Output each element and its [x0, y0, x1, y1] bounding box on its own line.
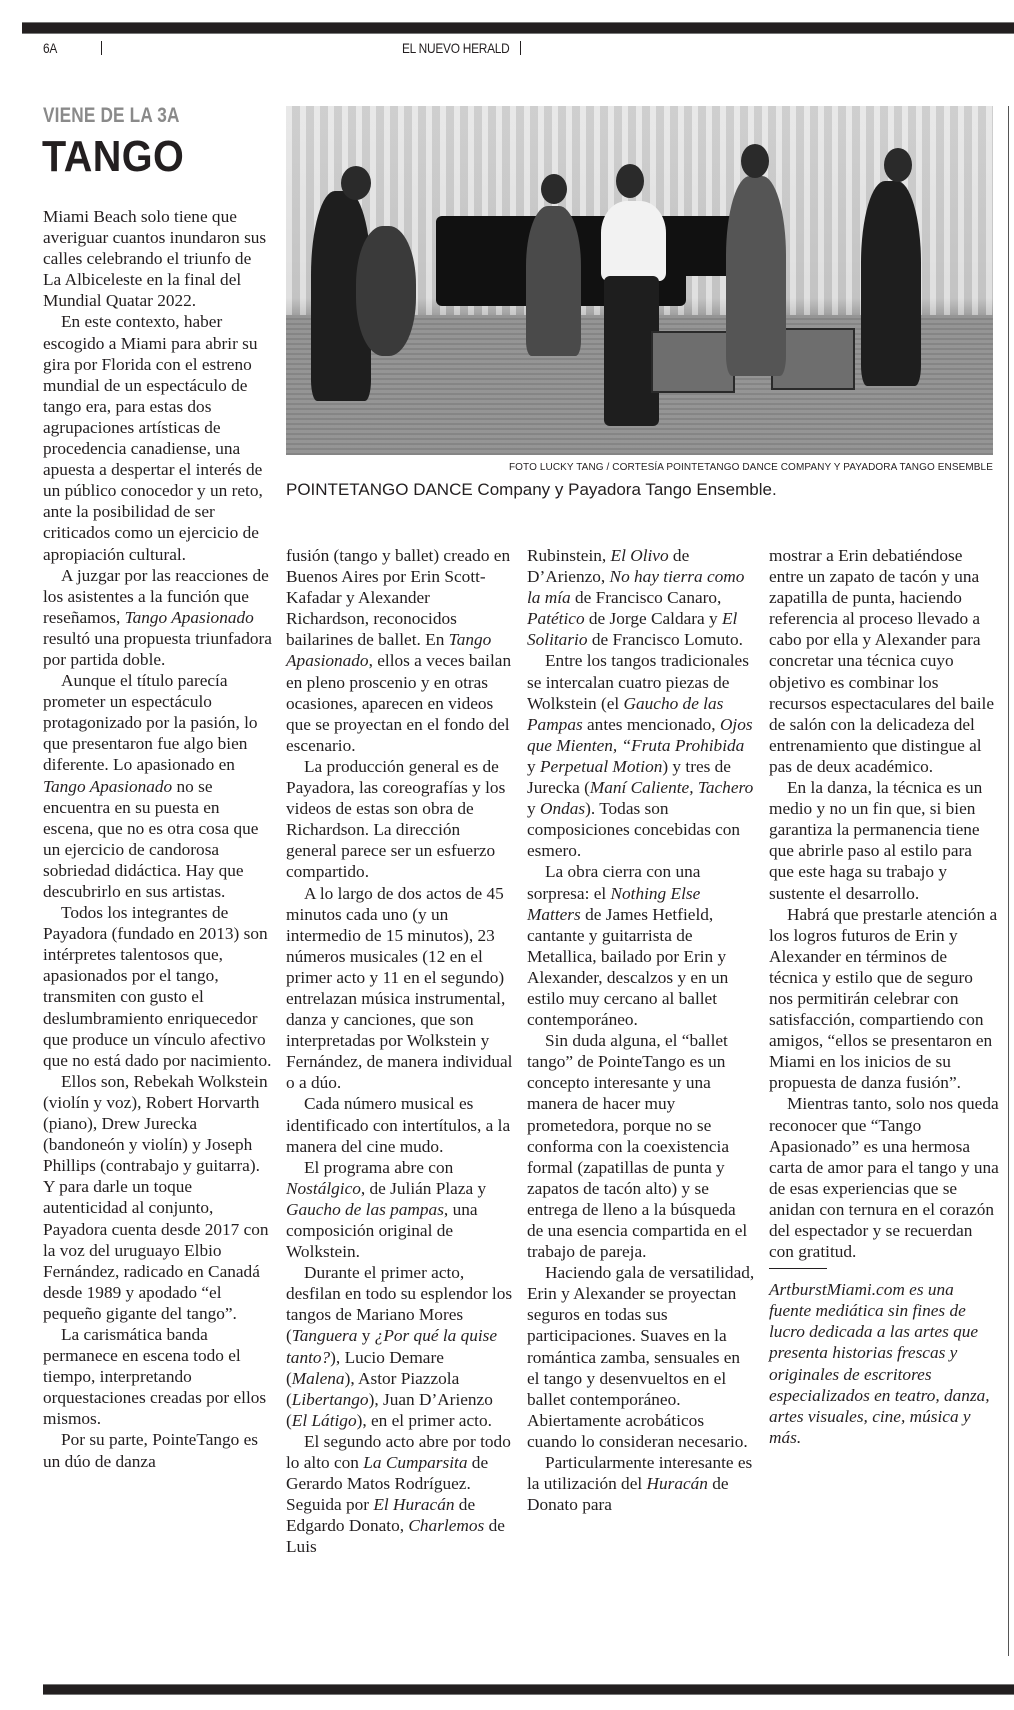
- article-photo: [286, 106, 993, 455]
- article-column-2: fusión (tango y ballet) creado en Buenos…: [286, 545, 514, 1558]
- top-rule: [22, 22, 1014, 34]
- bottom-rule: [43, 1684, 1014, 1695]
- double-bass: [356, 226, 416, 356]
- article-paragraph: La carismática banda permanece en escena…: [43, 1324, 273, 1429]
- violinist-woman-head: [741, 144, 769, 178]
- footnote-rule: [769, 1268, 827, 1269]
- article-paragraph: La producción general es de Payadora, la…: [286, 756, 514, 883]
- article-paragraph: Por su parte, PointeTango es un dúo de d…: [43, 1429, 273, 1471]
- article-paragraph: Cada número musical es identificado con …: [286, 1093, 514, 1156]
- publication-name: EL NUEVO HERALD: [402, 40, 509, 56]
- male-dancer-head: [616, 164, 644, 198]
- article-paragraph: Mientras tanto, solo nos queda reconocer…: [769, 1093, 999, 1262]
- violinist-man-head: [884, 148, 912, 182]
- article-paragraph: Durante el primer acto, desfilan en todo…: [286, 1262, 514, 1431]
- folio-divider: [101, 41, 102, 55]
- article-paragraph: La obra cierra con una sorpresa: el Noth…: [527, 861, 755, 1030]
- photo-credit: FOTO LUCKY TANG / CORTESÍA POINTETANGO D…: [286, 462, 993, 473]
- violinist-man: [861, 181, 921, 386]
- article-paragraph: En este contexto, haber escogido a Miami…: [43, 311, 273, 564]
- female-dancer: [526, 206, 581, 356]
- footnote: ArtburstMiami.com es una fuente mediátic…: [769, 1279, 999, 1448]
- folio-divider: [520, 41, 521, 55]
- headline: TANGO: [42, 132, 184, 182]
- article-paragraph: mostrar a Erin debatiéndose entre un zap…: [769, 545, 999, 777]
- article-column-1: Miami Beach solo tiene que averiguar cua…: [43, 206, 273, 1472]
- male-dancer-shirt: [601, 201, 666, 281]
- article-paragraph: Habrá que prestarle atención a los logro…: [769, 904, 999, 1094]
- article-paragraph: Particularmente interesante es la utiliz…: [527, 1452, 755, 1515]
- article-paragraph: Miami Beach solo tiene que averiguar cua…: [43, 206, 273, 311]
- page-number: 6A: [43, 40, 57, 56]
- article-paragraph: Sin duda alguna, el “ballet tango” de Po…: [527, 1030, 755, 1262]
- article-paragraph: Rubinstein, El Olivo de D’Arienzo, No ha…: [527, 545, 755, 650]
- stage-speaker: [651, 331, 735, 393]
- article-paragraph: fusión (tango y ballet) creado en Buenos…: [286, 545, 514, 756]
- article-column-3: Rubinstein, El Olivo de D’Arienzo, No ha…: [527, 545, 755, 1515]
- photo-caption: POINTETANGO DANCE Company y Payadora Tan…: [286, 480, 777, 500]
- article-paragraph: Entre los tangos tradicionales se interc…: [527, 650, 755, 861]
- article-paragraph: En la danza, la técnica es un medio y no…: [769, 777, 999, 904]
- article-paragraph: El programa abre con Nostálgico, de Juli…: [286, 1157, 514, 1262]
- article-paragraph: El segundo acto abre por todo lo alto co…: [286, 1431, 514, 1558]
- violinist-woman: [726, 176, 786, 376]
- article-column-4: mostrar a Erin debatiéndose entre un zap…: [769, 545, 999, 1448]
- article-paragraph: A juzgar por las reacciones de los asist…: [43, 565, 273, 670]
- article-paragraph: A lo largo de dos actos de 45 minutos ca…: [286, 883, 514, 1094]
- article-paragraph: Todos los integrantes de Payadora (funda…: [43, 902, 273, 1071]
- female-dancer-head: [541, 174, 567, 204]
- article-paragraph: Haciendo gala de versatilidad, Erin y Al…: [527, 1262, 755, 1452]
- article-paragraph: Ellos son, Rebekah Wolkstein (violín y v…: [43, 1071, 273, 1324]
- article-paragraph: Aunque el título parecía prometer un esp…: [43, 670, 273, 902]
- kicker: VIENE DE LA 3A: [43, 104, 180, 128]
- bassist-head: [341, 166, 371, 200]
- column-rule: [1008, 106, 1009, 1656]
